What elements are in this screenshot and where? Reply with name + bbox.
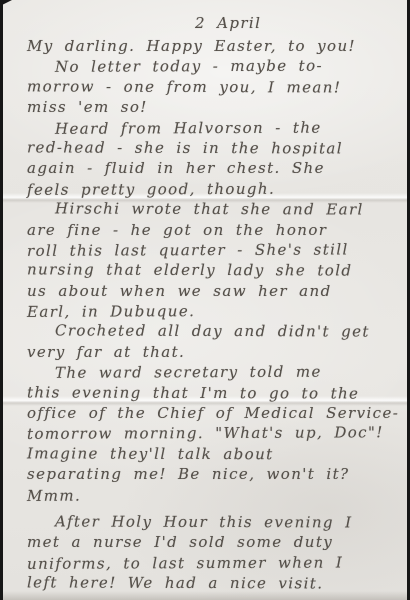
letter-page: 2 April My darling. Happy Easter, to you… [3,0,407,600]
letter-line: red-head - she is in the hospital [27,137,401,159]
letter-line: us about when we saw her and [27,281,401,301]
letter-line: Imagine they'll talk about [27,443,401,465]
letter-line: Heard from Halvorson - the [55,117,401,139]
letter-line: very far at that. [27,342,401,362]
letter-line: met a nurse I'd sold some duty [27,532,401,552]
letter-line: are fine - he got on the honor [27,220,401,240]
letter-line: miss 'em so! [27,97,401,117]
letter-line: uniforms, to last summer when I [27,552,401,574]
letter-date: 2 April [195,11,407,36]
letter-line: No letter today - maybe to- [55,56,401,78]
letter-line: roll this last quarter - She's still [27,239,401,261]
scanned-letter: 2 April My darling. Happy Easter, to you… [0,0,410,600]
letter-line: nursing that elderly lady she told [27,260,401,282]
letter-line: left here! We had a nice visit. [27,573,401,595]
letter-line: Mmm. [27,484,401,506]
letter-line: morrow - one from you, I mean! [27,76,401,98]
letter-line: My darling. Happy Easter, to you! [27,36,401,56]
letter-line: Hirschi wrote that she and Earl [55,199,401,221]
letter-line: office of the Chief of Medical Service- [27,403,401,423]
letter-line: tomorrow morning. "What's up, Doc"! [27,423,401,445]
letter-line: After Holy Hour this evening I [55,511,401,533]
letter-line: this evening that I'm to go to the [27,382,401,404]
letter-body: 2 April My darling. Happy Easter, to you… [3,0,407,600]
letter-line: separating me! Be nice, won't it? [27,464,401,484]
letter-line: Crocheted all day and didn't get [55,321,401,343]
letter-line: feels pretty good, though. [27,178,401,200]
letter-line: again - fluid in her chest. She [27,158,401,178]
letter-line: Earl, in Dubuque. [27,300,401,322]
letter-line: The ward secretary told me [55,361,401,383]
